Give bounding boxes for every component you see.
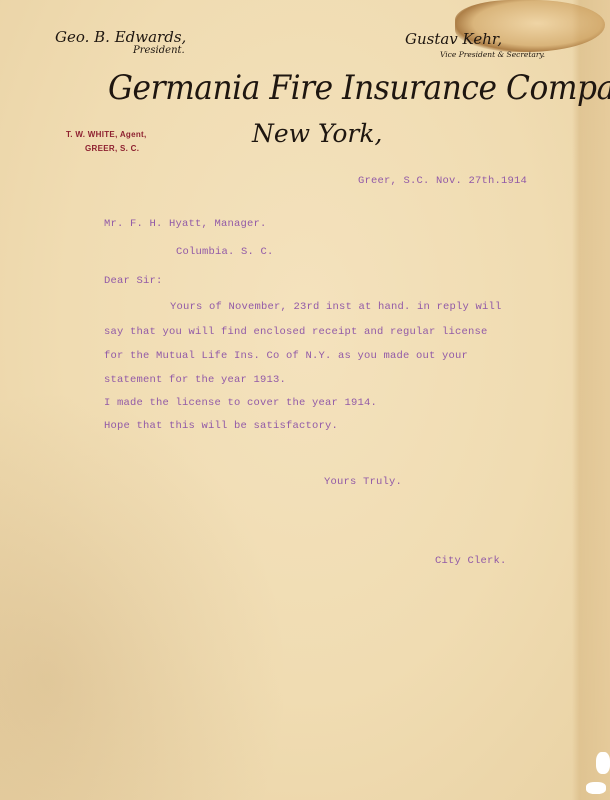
paper-edge-discoloration <box>572 0 610 800</box>
dateline: Greer, S.C. Nov. 27th.1914 <box>358 175 527 187</box>
president-name: Geo. B. Edwards, <box>55 28 186 46</box>
body-line: for the Mutual Life Ins. Co of N.Y. as y… <box>104 350 468 362</box>
vice-president-name: Gustav Kehr, <box>405 30 502 48</box>
vice-president-title: Vice President & Secretary. <box>440 50 545 59</box>
company-city: New York, <box>252 119 382 148</box>
body-line: I made the license to cover the year 191… <box>104 397 377 409</box>
body-line: Hope that this will be satisfactory. <box>104 420 338 432</box>
president-title: President. <box>133 45 185 56</box>
recipient-name: Mr. F. H. Hyatt, Manager. <box>104 218 267 230</box>
agent-name: T. W. WHITE, Agent, <box>66 130 147 139</box>
recipient-location: Columbia. S. C. <box>176 246 274 258</box>
company-name: Germania Fire Insurance Company, <box>108 68 610 108</box>
salutation: Dear Sir: <box>104 275 163 287</box>
body-line: statement for the year 1913. <box>104 374 286 386</box>
agent-location: GREER, S. C. <box>85 144 139 153</box>
letter-page: Geo. B. Edwards, President. Gustav Kehr,… <box>0 0 610 800</box>
paper-tear <box>586 782 606 794</box>
paper-tear <box>596 752 610 774</box>
closing: Yours Truly. <box>324 476 402 488</box>
body-line: say that you will find enclosed receipt … <box>104 326 488 338</box>
signature-title: City Clerk. <box>435 555 507 567</box>
body-line: Yours of November, 23rd inst at hand. in… <box>170 301 502 313</box>
